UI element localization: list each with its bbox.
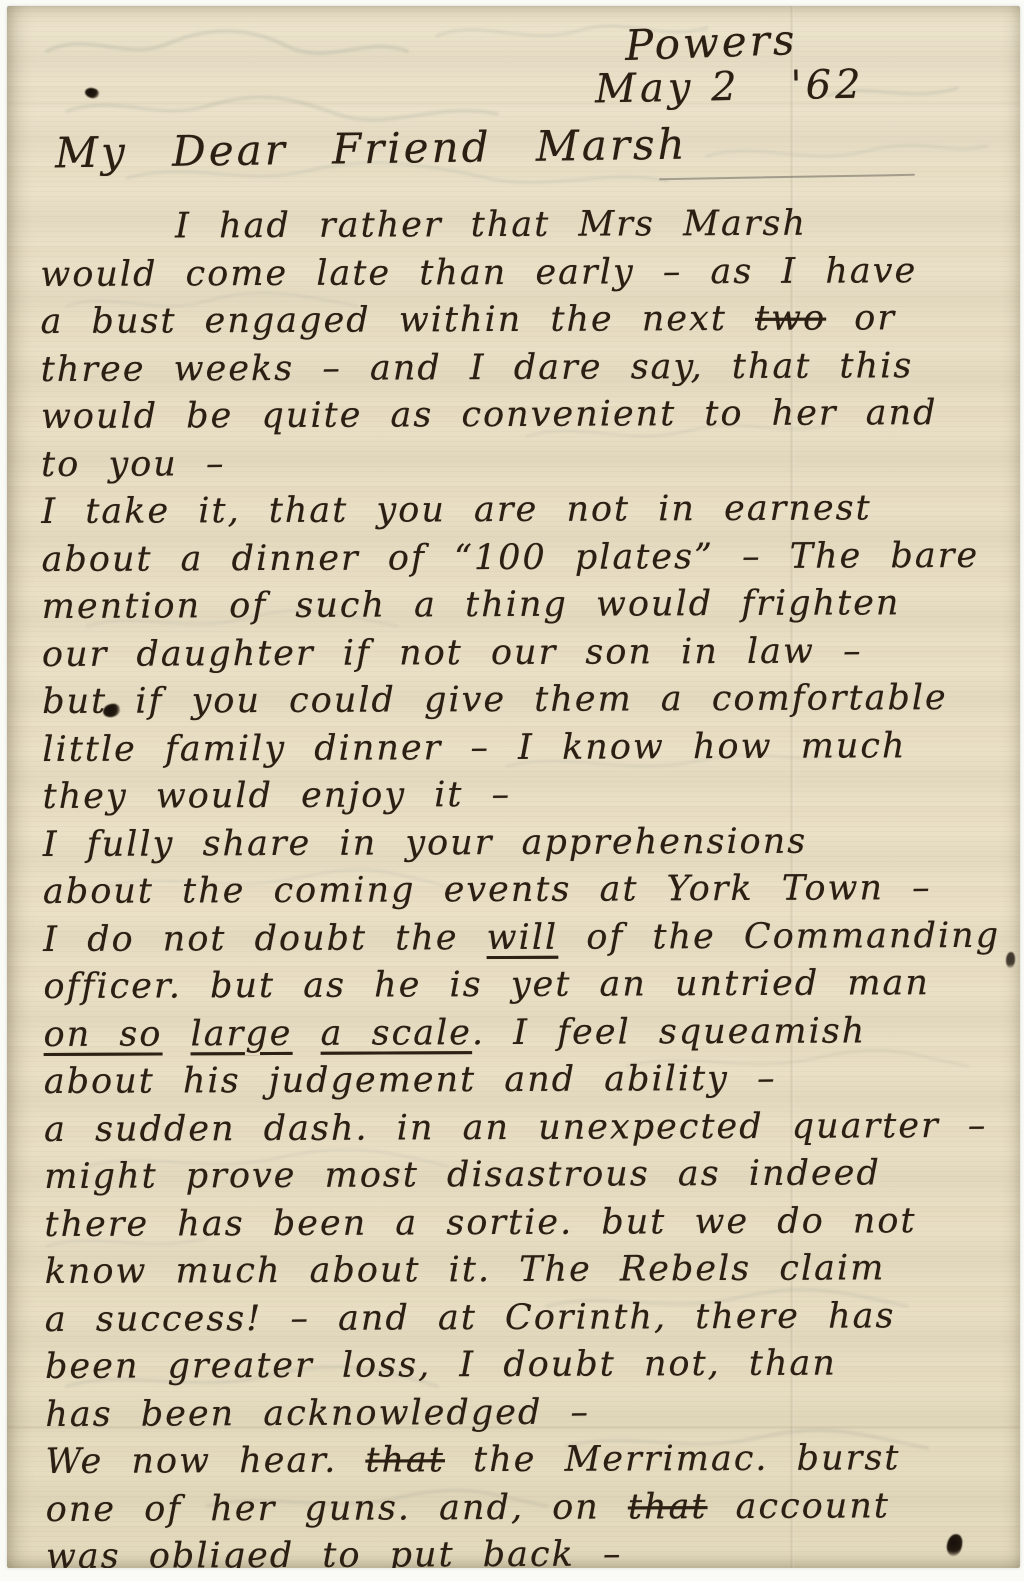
letter-line: was obliged to put back – (46, 1530, 1014, 1568)
letter-line: there has been a sortie. but we do not (44, 1197, 1012, 1249)
underlined-word: a scale (321, 1013, 473, 1054)
heading-date: May 2 '62 (595, 62, 865, 113)
letter-line: I do not doubt the will of the Commandin… (43, 912, 1011, 964)
letter-line: a bust engaged within the next two or (40, 295, 1008, 347)
letter-line: little family dinner – I know how much (42, 722, 1010, 774)
letter-line: mention of such a thing would frighten (42, 580, 1010, 632)
letter-line: We now hear. that the Merrimac. burst (45, 1435, 1013, 1487)
struck-word: two (755, 299, 826, 339)
scanned-letter-page: Powers May 2 '62 My Dear Friend Marsh I … (0, 0, 1024, 1581)
letter-line: been greater loss, I doubt not, than (45, 1340, 1013, 1392)
letter-line: would come late than early – as I have (40, 247, 1008, 299)
underlined-word: on so (44, 1014, 163, 1055)
letter-line: I had rather that Mrs Marsh (40, 200, 1008, 252)
struck-word: that (365, 1440, 445, 1480)
letter-paper: Powers May 2 '62 My Dear Friend Marsh I … (7, 6, 1020, 1568)
letter-line: know much about it. The Rebels claim (45, 1245, 1013, 1297)
letter-line: might prove most disastrous as indeed (44, 1150, 1012, 1202)
horizontal-fold-crease (7, 102, 1020, 105)
struck-word: that (628, 1487, 708, 1527)
letter-line: to you – (41, 437, 1009, 489)
letter-line: three weeks – and I dare say, that this (41, 342, 1009, 394)
letter-line: about his judgement and ability – (44, 1055, 1012, 1107)
heading-writer-name: Powers (624, 15, 798, 70)
underlined-word: large (190, 1013, 292, 1053)
letter-body: I had rather that Mrs Marshwould come la… (40, 200, 1014, 1568)
letter-line: I take it, that you are not in earnest (41, 485, 1009, 537)
letter-line: about the coming events at York Town – (43, 865, 1011, 917)
letter-line: about a dinner of “100 plates” – The bar… (41, 532, 1009, 584)
underlined-word: will (487, 917, 559, 957)
letter-line: a success! – and at Corinth, there has (45, 1292, 1013, 1344)
letter-line: they would enjoy it – (42, 770, 1010, 822)
ink-blot (1006, 952, 1015, 968)
letter-line: a sudden dash. in an unexpected quarter … (44, 1102, 1012, 1154)
letter-line: on so large a scale. I feel squeamish (44, 1007, 1012, 1059)
letter-line: but if you could give them a comfortable (42, 675, 1010, 727)
letter-line: I fully share in your apprehensions (43, 817, 1011, 869)
letter-line: has been acknowledged – (45, 1387, 1013, 1439)
salutation: My Dear Friend Marsh (55, 120, 688, 178)
letter-line: would be quite as convenient to her and (41, 390, 1009, 442)
letter-line: officer. but as he is yet an untried man (43, 960, 1011, 1012)
letter-line: our daughter if not our son in law – (42, 627, 1010, 679)
letter-line: one of her guns. and, on that account (46, 1482, 1014, 1534)
